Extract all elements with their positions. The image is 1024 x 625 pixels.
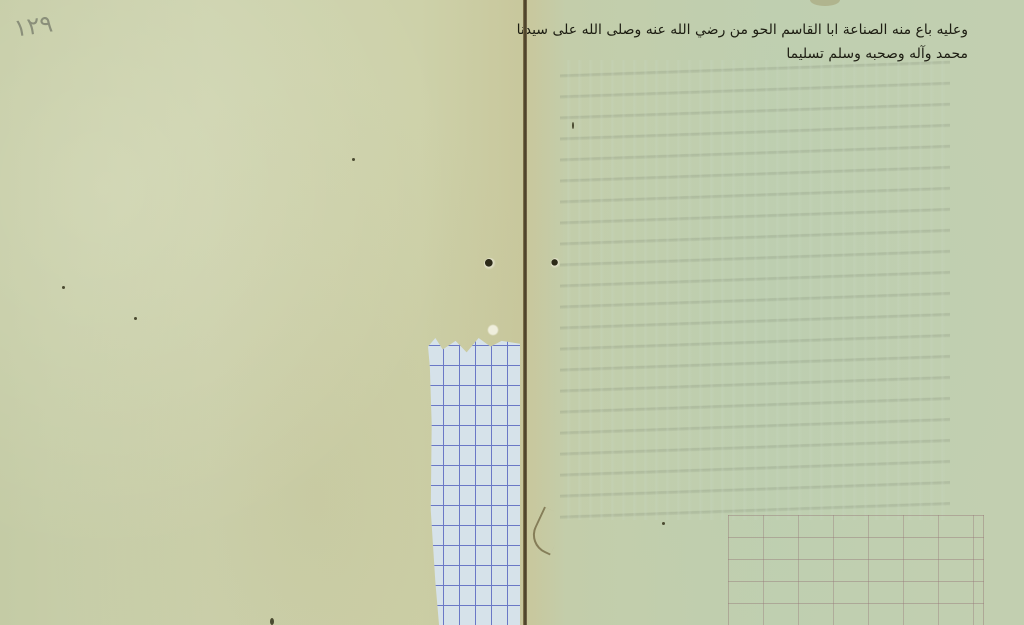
manuscript-spread: ١٢٩ وعليه باع منه الصناعة ابا القاسم الح… <box>0 0 1024 625</box>
paper-speck <box>662 522 665 525</box>
header-line-1: وعليه باع منه الصناعة ابا القاسم الحو من… <box>548 18 968 42</box>
paper-speck <box>352 158 355 161</box>
graph-paper-insert <box>428 338 520 625</box>
paper-speck <box>270 618 274 625</box>
faded-body-text <box>560 60 950 520</box>
ink-mark <box>572 122 574 129</box>
header-line-2: محمد وآله وصحبه وسلم تسليما <box>548 42 968 66</box>
header-text: وعليه باع منه الصناعة ابا القاسم الحو من… <box>548 18 968 66</box>
book-gutter <box>523 0 527 625</box>
worm-hole-top <box>487 324 499 336</box>
paper-speck <box>134 317 137 320</box>
faded-table <box>728 515 984 625</box>
paper-speck <box>62 286 65 289</box>
worm-hole-right <box>551 258 560 269</box>
worm-hole-left <box>484 258 496 270</box>
folio-number: ١٢٩ <box>12 9 54 42</box>
